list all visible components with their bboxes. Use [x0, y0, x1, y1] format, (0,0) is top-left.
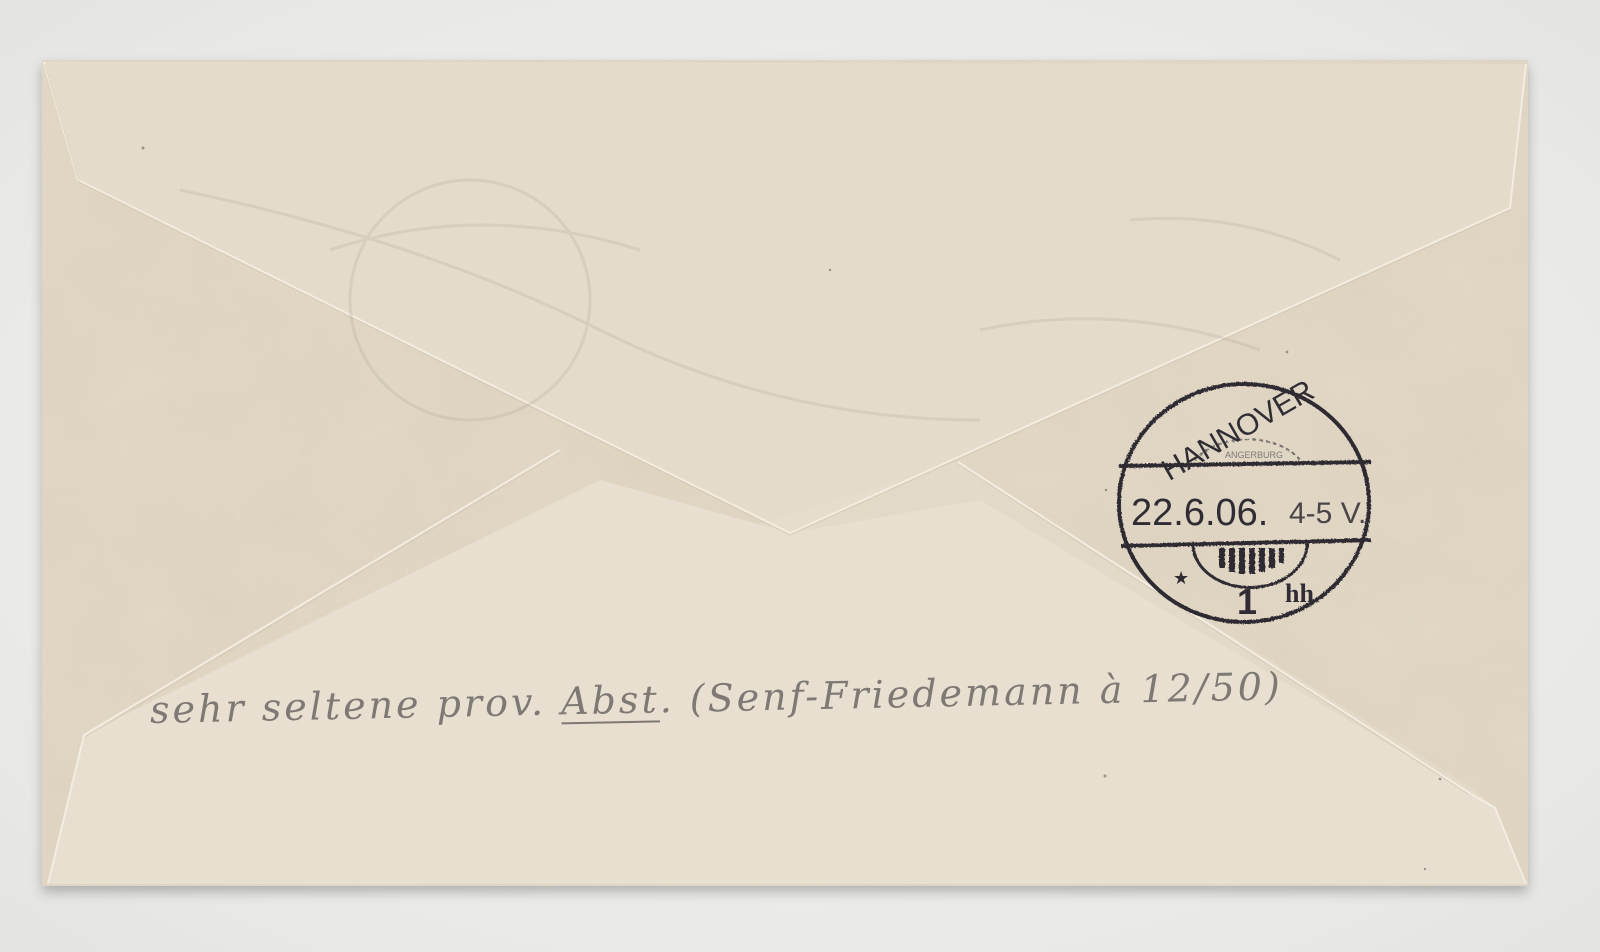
postmark-sub-line: ANGERBURG [1225, 450, 1283, 460]
postmark-letters: hh [1285, 579, 1314, 608]
postmark-star: ★ [1173, 568, 1189, 589]
postmark-office-number: 1 [1237, 581, 1257, 622]
annotation-part1: sehr seltene prov. [150, 679, 562, 732]
annotation-underlined: Abst [561, 677, 660, 723]
postmark: HANNOVER ANGERBURG 22.6.06. 4-5 V. ★ 1 h… [1113, 378, 1375, 628]
postmark-time: 4-5 V. [1289, 497, 1366, 530]
postmark-city: HANNOVER [1156, 378, 1320, 487]
postmark-date: 22.6.06. [1131, 492, 1268, 534]
